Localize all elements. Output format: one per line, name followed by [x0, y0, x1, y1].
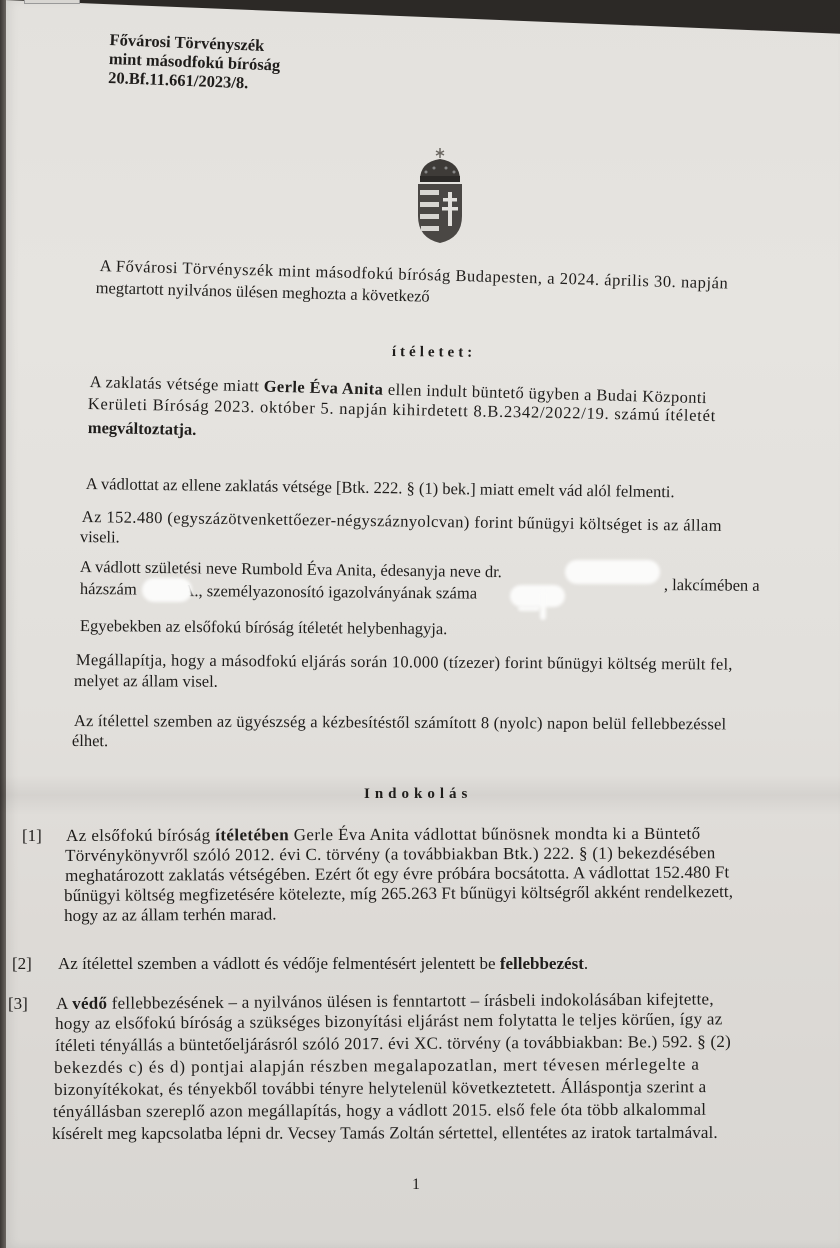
- reasoning-text: bekezdés c) és d) pontjai alapján részbe…: [54, 1055, 700, 1077]
- verdict-p4-text-c: házszám: [80, 579, 137, 598]
- verdict-p3-line-1: Az 152.480 (egyszázötvenkettőezer-négysz…: [82, 507, 722, 536]
- redaction-mark: [565, 560, 660, 584]
- verdict-p4-text-b: , lakcímében a: [664, 575, 760, 595]
- reasoning-text: kísérelt meg kapcsolatba lépni dr. Vecse…: [52, 1123, 718, 1143]
- reasoning-line: hogy az az állam terhén marad.: [64, 905, 277, 926]
- verdict-decision: megváltoztatja.: [88, 418, 197, 439]
- reasoning-text: Az elsőfokú bíróság: [66, 825, 215, 845]
- verdict-p4-line-1-end: , lakcímében a: [664, 575, 760, 596]
- redaction-mark: [142, 578, 192, 602]
- reasoning-line: bekezdés c) és d) pontjai alapján részbe…: [54, 1055, 700, 1078]
- reasoning-text: hogy az elsőfokú bíróság a szükséges biz…: [55, 1009, 723, 1033]
- document-photo: Fővárosi Törvényszék mint másodfokú bíró…: [0, 0, 840, 1248]
- reasoning-line: ítéleti tényállás a büntetőeljárásról sz…: [55, 1032, 731, 1056]
- reasoning-line: Az ítélettel szemben a vádlott és védője…: [58, 954, 588, 974]
- verdict-p3-line-2: viseli.: [80, 527, 120, 547]
- redaction-mark: [510, 585, 565, 607]
- verdict-p3-text-1: Az 152.480 (egyszázötvenkettőezer-négysz…: [82, 507, 722, 535]
- reasoning-emphasis: fellebbezést: [500, 954, 584, 973]
- redaction-mark: [518, 606, 540, 611]
- reasoning-line: hogy az elsőfokú bíróság a szükséges biz…: [55, 1009, 723, 1034]
- page-number: 1: [412, 1176, 420, 1194]
- reasoning-text: tényállásban szereplő azon megállapítás,…: [53, 1100, 706, 1121]
- reasoning-text: hogy az az állam terhén marad.: [64, 905, 277, 925]
- hungarian-coat-of-arms-icon: [414, 146, 466, 246]
- reasoning-text: Az ítélettel szemben a vádlott és védője…: [58, 954, 500, 973]
- reasoning-line: tényállásban szereplő azon megállapítás,…: [53, 1100, 706, 1122]
- reasoning-text: Gerle Éva Anita vádlottat bűnösnek mondt…: [289, 824, 701, 844]
- verdict-p1-line-3: megváltoztatja.: [88, 418, 197, 440]
- reasoning-text: Törvénykönyvről szóló 2012. évi C. törvé…: [65, 843, 716, 865]
- verdict-p7-line-1: Az ítélettel szemben az ügyészség a kézb…: [74, 711, 726, 734]
- paragraph-number: [2]: [12, 954, 32, 974]
- verdict-p6-text-2: melyet az állam visel.: [74, 671, 218, 691]
- verdict-p6-line-2: melyet az állam visel.: [74, 671, 218, 692]
- reasoning-emphasis: védő: [72, 994, 107, 1013]
- reasoning-text: bűnügyi költség megfizetésére kötelezte,…: [64, 882, 733, 905]
- verdict-p4-line-2: házszám: [80, 579, 137, 599]
- verdict-p1-text-a: A zaklatás vétsége miatt: [90, 372, 264, 396]
- court-header: Fővárosi Törvényszék mint másodfokú bíró…: [108, 30, 282, 94]
- reasoning-heading: Indokolás: [364, 786, 472, 803]
- reasoning-text: .: [584, 954, 588, 973]
- verdict-p3-text-2: viseli.: [80, 527, 120, 546]
- paragraph-number: [1]: [22, 826, 42, 846]
- verdict-p7-text-1: Az ítélettel szemben az ügyészség a kézb…: [74, 711, 726, 733]
- reasoning-text: bizonyítékokat, és tényekből további tén…: [54, 1077, 707, 1099]
- reasoning-line: kísérelt meg kapcsolatba lépni dr. Vecse…: [52, 1123, 718, 1144]
- reasoning-text: ítéleti tényállás a büntetőeljárásról sz…: [55, 1032, 731, 1055]
- redaction-mark: [540, 590, 546, 620]
- defendant-name: Gerle Éva Anita: [263, 377, 383, 399]
- verdict-p4-text-d: /A., személyazonosító igazolványának szá…: [178, 581, 477, 603]
- verdict-p6-text-1: Megállapítja, hogy a másodfokú eljárás s…: [76, 650, 733, 674]
- verdict-p7-text-2: élhet.: [72, 731, 108, 750]
- verdict-p2-text: A vádlottat az ellene zaklatás vétsége […: [86, 474, 675, 501]
- verdict-p4-line-2-b: /A., személyazonosító igazolványának szá…: [178, 581, 477, 604]
- verdict-p5-text: Egyebekben az elsőfokú bíróság ítéletét …: [80, 616, 448, 638]
- verdict-p5: Egyebekben az elsőfokú bíróság ítéletét …: [80, 616, 448, 639]
- court-judgment-document: Fővárosi Törvényszék mint másodfokú bíró…: [0, 0, 840, 1248]
- verdict-p7-line-2: élhet.: [72, 731, 108, 751]
- verdict-p2: A vádlottat az ellene zaklatás vétsége […: [86, 474, 675, 502]
- reasoning-text: A: [56, 994, 72, 1013]
- paragraph-number: [3]: [8, 994, 28, 1014]
- verdict-p4-line-1: A vádlott születési neve Rumbold Éva Ani…: [80, 557, 502, 582]
- verdict-p4-text-a: A vádlott születési neve Rumbold Éva Ani…: [80, 557, 502, 581]
- verdict-heading: ítéletet:: [392, 344, 476, 362]
- reasoning-line: bizonyítékokat, és tényekből további tén…: [54, 1077, 707, 1100]
- reasoning-line: bűnügyi költség megfizetésére kötelezte,…: [64, 882, 733, 906]
- reasoning-emphasis: ítéletében: [215, 825, 289, 844]
